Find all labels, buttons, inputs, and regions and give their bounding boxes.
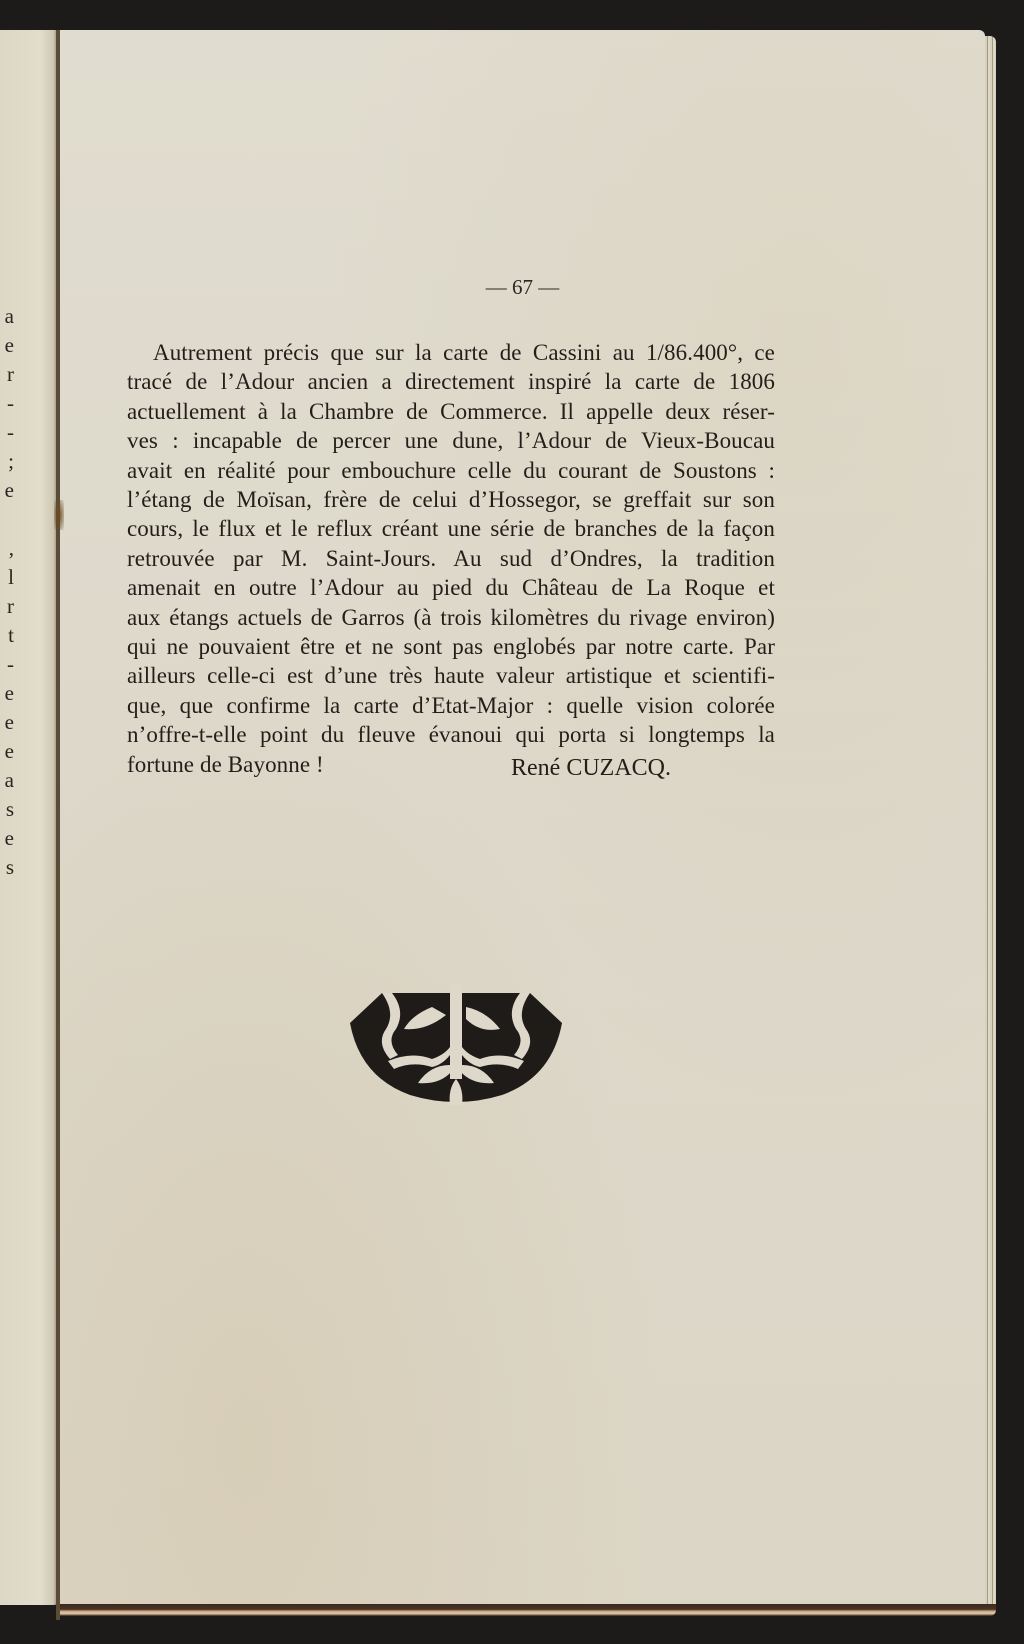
text-line: qui ne pouvaient être et ne sont pas eng… <box>127 632 775 661</box>
edge-letter: s <box>0 853 14 882</box>
edge-letter: ; <box>0 447 14 476</box>
text-line: ves : incapable de percer une dune, l’Ad… <box>127 426 775 455</box>
edge-letter: e <box>0 708 14 737</box>
edge-letter: - <box>0 650 14 679</box>
author-signature: René CUZACQ. <box>511 755 671 782</box>
text-line: Autrement précis que sur la carte de Cas… <box>127 338 775 367</box>
foxing-stain <box>54 500 64 530</box>
text-line: ailleurs celle-ci est d’une très haute v… <box>127 661 775 690</box>
edge-letter: l <box>0 563 14 592</box>
text-line: n’offre-t-elle point du fleuve évanoui q… <box>127 720 775 749</box>
text-line: retrouvée par M. Saint-Jours. Au sud d’O… <box>127 544 775 573</box>
text-line: aux étangs actuels de Garros (à trois ki… <box>127 603 775 632</box>
edge-letter <box>0 505 14 534</box>
book-gutter <box>56 30 60 1620</box>
text-line: amenait en outre l’Adour au pied du Chât… <box>127 573 775 602</box>
page-number: — 67 — <box>60 275 985 300</box>
book-bottom-edge <box>56 1604 996 1616</box>
facing-page-edge: a e r - - ; e , l r t - e e e a s e s <box>0 30 58 1605</box>
edge-letter: a <box>0 302 14 331</box>
edge-letter: a <box>0 766 14 795</box>
text-line: actuellement à la Chambre de Commerce. I… <box>127 397 775 426</box>
text-line: tracé de l’Adour ancien a directement in… <box>127 367 775 396</box>
edge-letter: e <box>0 737 14 766</box>
edge-letter: e <box>0 824 14 853</box>
edge-letter: t <box>0 621 14 650</box>
facing-page-letters: a e r - - ; e , l r t - e e e a s e s <box>0 302 14 882</box>
edge-letter: e <box>0 331 14 360</box>
book-page: — 67 — Autrement précis que sur la carte… <box>60 30 985 1604</box>
text-line: avait en réalité pour embouchure celle d… <box>127 456 775 485</box>
text-line: que, que confirme la carte d’Etat-Major … <box>127 691 775 720</box>
edge-letter: e <box>0 476 14 505</box>
edge-letter: , <box>0 534 14 563</box>
text-line: cours, le flux et le reflux créant une s… <box>127 514 775 543</box>
edge-letter: s <box>0 795 14 824</box>
text-line: l’étang de Moïsan, frère de celui d’Hoss… <box>127 485 775 514</box>
text-line: fortune de Bayonne ! <box>127 750 775 779</box>
edge-letter: - <box>0 389 14 418</box>
edge-letter: r <box>0 592 14 621</box>
edge-letter: r <box>0 360 14 389</box>
edge-letter: - <box>0 418 14 447</box>
fleuron-tailpiece-icon <box>342 985 570 1105</box>
body-paragraph: Autrement précis que sur la carte de Cas… <box>127 338 775 779</box>
edge-letter: e <box>0 679 14 708</box>
